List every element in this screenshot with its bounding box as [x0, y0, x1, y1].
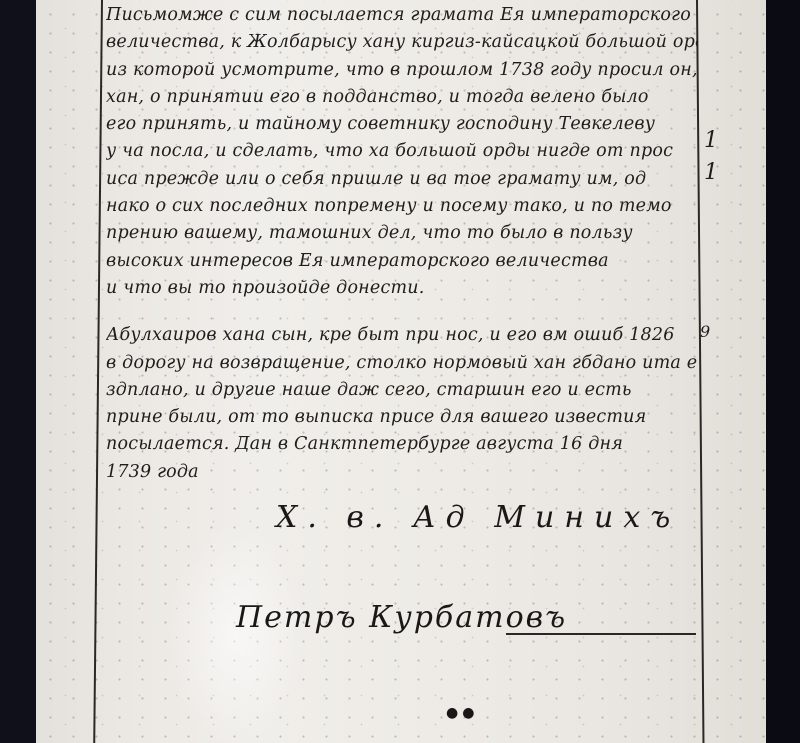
margin-note: 1: [704, 160, 718, 185]
text-line: у ча посла, и сделать, что ха большой ор…: [106, 138, 698, 165]
text-line: в дорогу на возвращение, столко нормовый…: [106, 350, 698, 377]
text-line: иса прежде или о себя пришле и ва тое гр…: [106, 166, 698, 193]
manuscript-page: Письмомже с сим посылается грамата Ея им…: [36, 0, 766, 743]
text-line: 1739 года: [106, 459, 698, 486]
manuscript-body: Письмомже с сим посылается грамата Ея им…: [106, 2, 698, 486]
text-line: прине были, от то выписка присе для ваше…: [106, 404, 698, 431]
text-line: нако о сих последних попремену и посему …: [106, 193, 698, 220]
text-line: величества, к Жолбарысу хану киргиз-кайс…: [106, 29, 698, 56]
signature-minich: Х. в. Ад Минихъ: [276, 500, 680, 535]
text-line: его принять, и тайному советнику господи…: [106, 111, 698, 138]
dark-frame-right: [766, 0, 800, 743]
text-line: высоких интересов Ея императорского вели…: [106, 248, 698, 275]
margin-note: 9: [700, 322, 710, 341]
text-line: из которой усмотрите, что в прошлом 1738…: [106, 57, 698, 84]
text-line: Абулхаиров хана сын, кре быт при нос, и …: [106, 322, 698, 349]
paragraph-2: Абулхаиров хана сын, кре быт при нос, и …: [106, 322, 698, 486]
signature-kurbatov: Петръ Курбатовъ: [236, 600, 567, 635]
dark-frame-left: [0, 0, 36, 743]
text-line: посылается. Дан в Санктпетербурге август…: [106, 431, 698, 458]
text-line: хан, о принятии его в подданство, и тогд…: [106, 84, 698, 111]
text-line: Письмомже с сим посылается грамата Ея им…: [106, 2, 698, 29]
decorative-dots: ●●: [446, 705, 478, 721]
text-line: и что вы то произойде донести.: [106, 275, 698, 302]
paragraph-1: Письмомже с сим посылается грамата Ея им…: [106, 2, 698, 302]
margin-note: 1: [704, 128, 718, 153]
text-line: прению вашему, тамошних дел, что то было…: [106, 220, 698, 247]
text-line: здплано, и другие наше даж сего, старшин…: [106, 377, 698, 404]
